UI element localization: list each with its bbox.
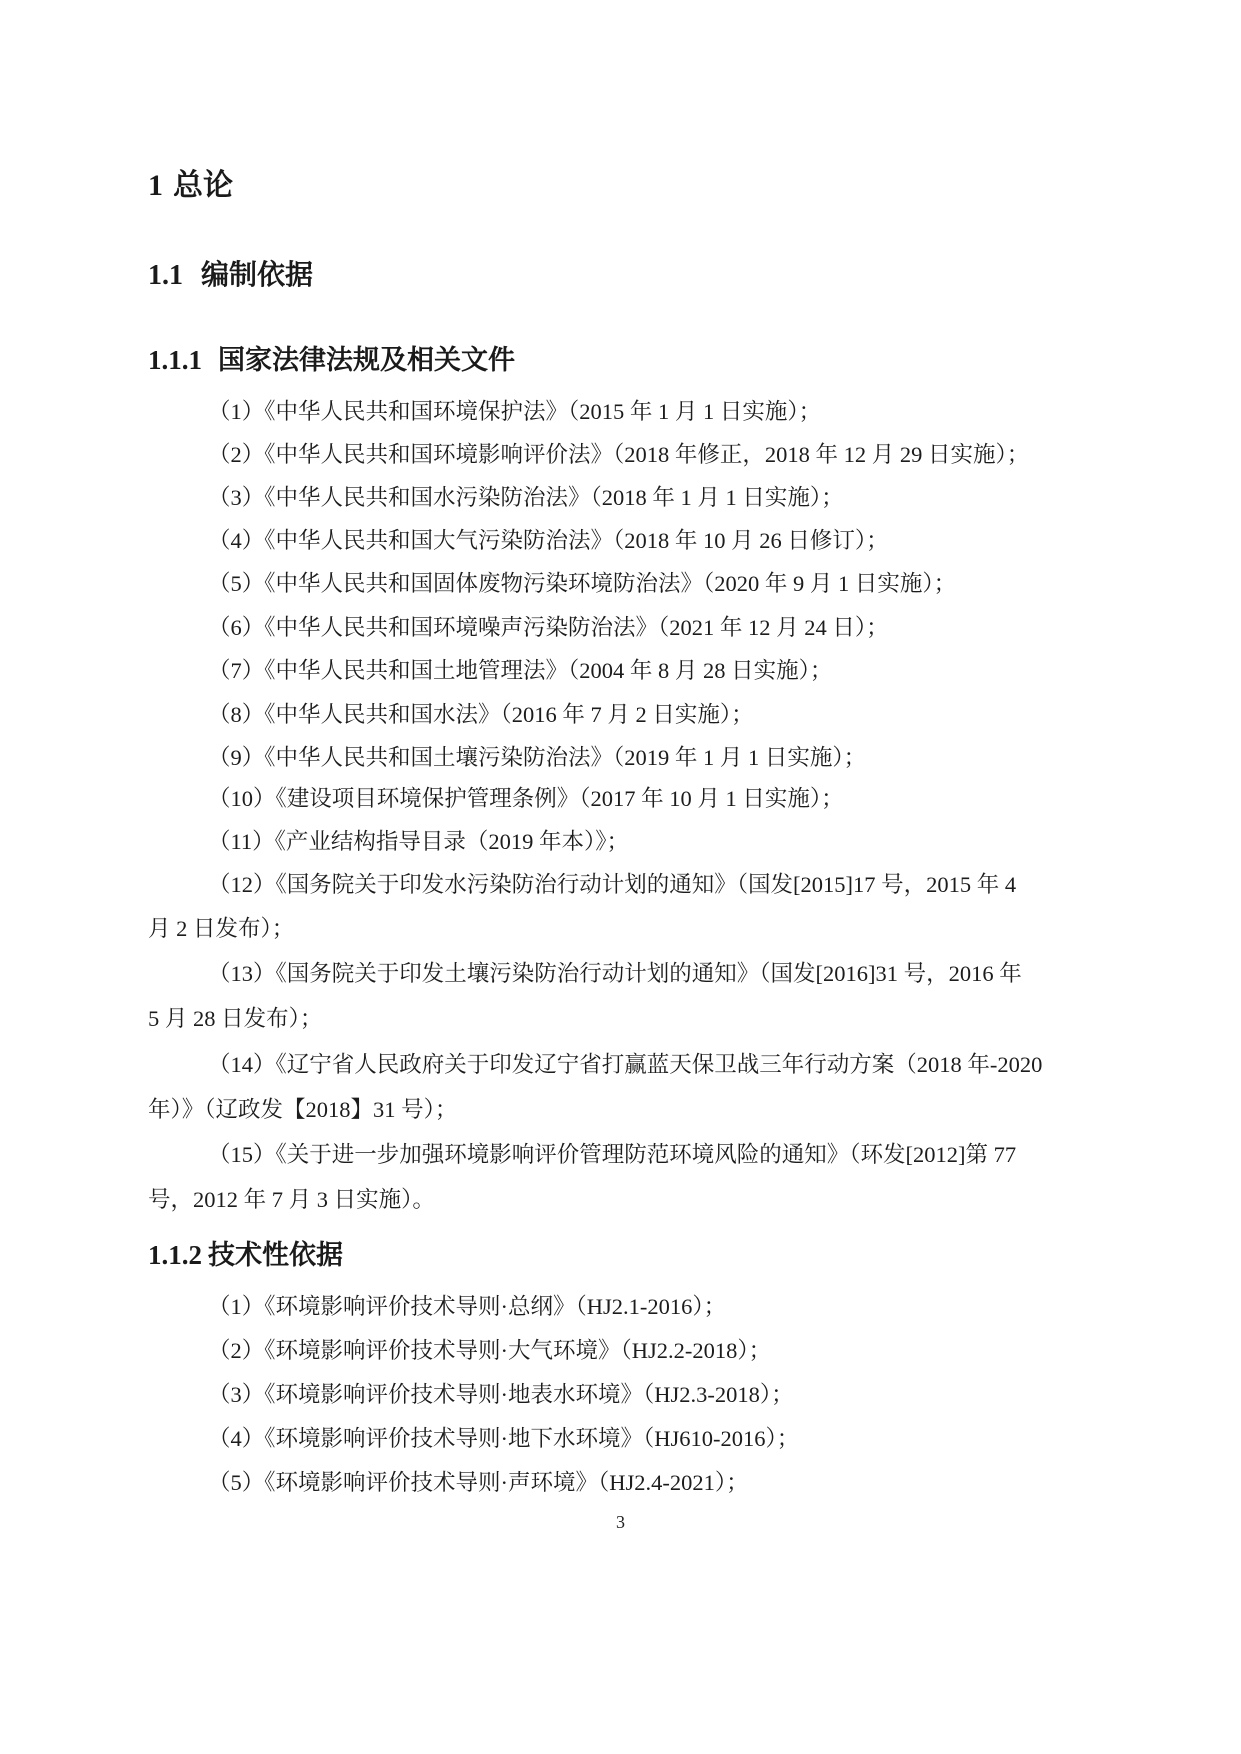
page-number: 3: [0, 1512, 1241, 1533]
list-item-line1: （13）《国务院关于印发土壤污染防治行动计划的通知》（国发[2016]31 号，…: [208, 956, 1022, 988]
chapter-number: 1: [148, 169, 163, 202]
list-item-line2: 5 月 28 日发布）；: [148, 1001, 322, 1033]
list-item-line2: 年）》（辽政发【2018】31 号）；: [148, 1092, 457, 1124]
list-item-line1: （12）《国务院关于印发水污染防治行动计划的通知》（国发[2015]17 号，2…: [208, 867, 1016, 899]
subsection-title: 技术性依据: [208, 1240, 343, 1271]
section-title: 编制依据: [201, 258, 313, 291]
list-item-line1: （14）《辽宁省人民政府关于印发辽宁省打赢蓝天保卫战三年行动方案（2018 年-…: [208, 1047, 1042, 1079]
list-item: （1）《环境影响评价技术导则·总纲》（HJ2.1-2016）；: [208, 1289, 726, 1321]
subsection-number: 1.1.1: [148, 345, 202, 375]
document-page: 1总论 1.1编制依据 1.1.1国家法律法规及相关文件 （1）《中华人民共和国…: [0, 0, 1241, 1754]
list-item-line1: （15）《关于进一步加强环境影响评价管理防范环境风险的通知》（环发[2012]第…: [208, 1137, 1016, 1169]
subsection-heading-technical: 1.1.2技术性依据: [148, 1233, 343, 1272]
subsection-number: 1.1.2: [148, 1240, 202, 1270]
list-item: （6）《中华人民共和国环境噪声污染防治法》（2021 年 12 月 24 日）；: [208, 610, 889, 642]
list-item: （2）《环境影响评价技术导则·大气环境》（HJ2.2-2018）；: [208, 1333, 771, 1365]
subsection-heading-laws: 1.1.1国家法律法规及相关文件: [148, 338, 515, 377]
list-item: （3）《环境影响评价技术导则·地表水环境》（HJ2.3-2018）；: [208, 1377, 794, 1409]
chapter-title: 总论: [173, 168, 233, 203]
subsection-title: 国家法律法规及相关文件: [218, 345, 515, 376]
chapter-heading: 1总论: [148, 160, 233, 204]
list-item: （11）《产业结构指导目录（2019 年本）》；: [208, 824, 629, 856]
list-item: （5）《中华人民共和国固体废物污染环境防治法》（2020 年 9 月 1 日实施…: [208, 566, 956, 598]
list-item: （8）《中华人民共和国水法》（2016 年 7 月 2 日实施）；: [208, 697, 754, 729]
section-heading: 1.1编制依据: [148, 253, 313, 293]
list-item: （10）《建设项目环境保护管理条例》（2017 年 10 月 1 日实施）；: [208, 781, 844, 813]
list-item: （4）《环境影响评价技术导则·地下水环境》（HJ610-2016）；: [208, 1421, 799, 1453]
section-number: 1.1: [148, 260, 183, 291]
list-item: （2）《中华人民共和国环境影响评价法》（2018 年修正，2018 年 12 月…: [208, 437, 1029, 469]
list-item: （9）《中华人民共和国土壤污染防治法》（2019 年 1 月 1 日实施）；: [208, 740, 866, 772]
list-item-line2: 号，2012 年 7 月 3 日实施）。: [148, 1182, 435, 1214]
list-item: （3）《中华人民共和国水污染防治法》（2018 年 1 月 1 日实施）；: [208, 480, 844, 512]
list-item: （4）《中华人民共和国大气污染防治法》（2018 年 10 月 26 日修订）；: [208, 523, 889, 555]
list-item-line2: 月 2 日发布）；: [148, 911, 294, 943]
list-item: （7）《中华人民共和国土地管理法》（2004 年 8 月 28 日实施）；: [208, 653, 832, 685]
list-item: （1）《中华人民共和国环境保护法》（2015 年 1 月 1 日实施）；: [208, 394, 821, 426]
list-item: （5）《环境影响评价技术导则·声环境》（HJ2.4-2021）；: [208, 1465, 749, 1497]
